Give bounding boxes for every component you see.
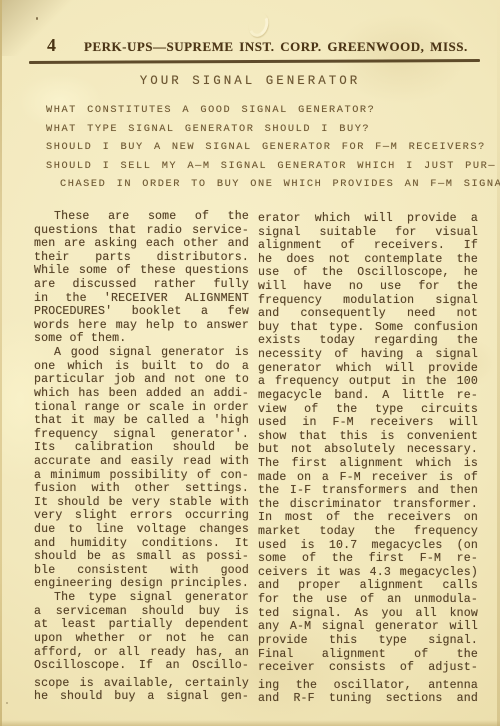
question-line: WHAT TYPE SIGNAL GENERATOR SHOULD I BUY? <box>46 120 478 139</box>
header-rule <box>29 59 480 63</box>
right-column: erator which will provide asignal suitab… <box>258 212 478 706</box>
text-line: and proper alignment calls <box>258 579 478 593</box>
text-line: market today the frequency <box>258 525 478 539</box>
text-line: due to line voltage changes <box>34 523 249 537</box>
text-line: some of the first F-M re- <box>258 552 478 566</box>
questions-list: WHAT CONSTITUTES A GOOD SIGNAL GENERATOR… <box>46 101 478 194</box>
text-line: tional range or scale in order <box>34 401 249 415</box>
text-line: In most of the receivers on <box>258 511 478 525</box>
text-line: use of the Oscilloscope, he <box>258 266 478 280</box>
text-line: frequency signal generator'. <box>34 428 249 442</box>
text-line: should be as small as possi- <box>34 550 249 564</box>
text-line: and consequently need not <box>258 307 478 321</box>
left-column: These are some of thequestions that radi… <box>34 210 249 704</box>
text-line: view of the type circuits <box>258 403 478 417</box>
text-line: a serviceman should buy is <box>34 605 249 619</box>
text-line: provide this type signal. <box>258 634 478 648</box>
text-line: ble consistent with good <box>34 564 249 578</box>
text-line: upon whether or not he can <box>34 632 249 646</box>
text-line: will have no use for the <box>258 280 478 294</box>
text-line: alignment of receivers. If <box>258 239 478 253</box>
paper-crescent-mark <box>246 10 272 40</box>
text-line: necessity of having a signal <box>258 348 478 362</box>
text-line: questions that radio service- <box>34 224 249 238</box>
text-line: a minimum possibility of con- <box>34 469 249 483</box>
text-line: show that this is convenient <box>258 430 478 444</box>
text-line: for the use of an unmodula- <box>258 593 478 607</box>
text-line: ceivers it was 4.3 megacycles) <box>258 566 478 580</box>
text-line: accurate and easily read with <box>34 455 249 469</box>
text-line: men are asking each other and <box>34 237 249 251</box>
text-line: buy that type. Some confusion <box>258 321 478 335</box>
text-line: which has been added an addi- <box>34 387 249 401</box>
scan-corner-shade <box>0 0 78 56</box>
text-line: some of them. <box>34 332 249 346</box>
text-line: but not absolutely necessary. <box>258 443 478 457</box>
text-line: Final alignment of the <box>258 648 478 662</box>
text-line: generator which will provide <box>258 362 478 376</box>
ink-speck <box>6 702 8 704</box>
text-line: fusion with other settings. <box>34 482 249 496</box>
page-title: YOUR SIGNAL GENERATOR <box>0 74 500 88</box>
document-page: 4 PERK-UPS—SUPREME INST. CORP. GREENWOOD… <box>0 0 500 726</box>
text-line: scope is available, certainly <box>34 677 249 691</box>
text-line: Oscilloscope. If an Oscillo- <box>34 659 249 673</box>
text-line: used is 10.7 megacycles (on <box>258 539 478 553</box>
text-line: afford, or all ready has, an <box>34 646 249 660</box>
text-line: While some of these questions <box>34 264 249 278</box>
text-line: It should be very stable with <box>34 496 249 510</box>
question-line: CHASED IN ORDER TO BUY ONE WHICH PROVIDE… <box>46 175 478 194</box>
text-line: he does not contemplate the <box>258 253 478 267</box>
text-line: erator which will provide a <box>258 212 478 226</box>
text-line: Its calibration should be <box>34 441 249 455</box>
text-line: The first alignment which is <box>258 457 478 471</box>
text-line: exists today regarding the <box>258 334 478 348</box>
text-line: the discriminator transformer. <box>258 498 478 512</box>
scan-edge-left <box>0 0 2 726</box>
text-line: The type signal generator <box>34 591 249 605</box>
text-line: the I-F transformers and then <box>258 484 478 498</box>
text-line: their parts distributors. <box>34 251 249 265</box>
text-line: megacycle band. A little re- <box>258 389 478 403</box>
text-line: used in F-M receivers will <box>258 416 478 430</box>
scan-edge-bottom <box>0 720 500 726</box>
question-line: WHAT CONSTITUTES A GOOD SIGNAL GENERATOR… <box>46 101 478 120</box>
text-line: engineering design principles. <box>34 577 249 591</box>
text-line: ing the oscillator, antenna <box>258 679 478 693</box>
text-line: at least partially dependent <box>34 618 249 632</box>
text-line: that it may be called a 'high <box>34 414 249 428</box>
text-line: a frequency output in the 100 <box>258 375 478 389</box>
text-line: very slight errors occurring <box>34 509 249 523</box>
text-line: and humidity conditions. It <box>34 537 249 551</box>
ink-speck <box>36 17 38 20</box>
question-line: SHOULD I SELL MY A—M SIGNAL GENERATOR WH… <box>46 157 478 176</box>
text-line: ted signal. As you all know <box>258 607 478 621</box>
text-line: he should buy a signal gen- <box>34 690 249 704</box>
text-line: in the 'RECEIVER ALIGNMENT <box>34 292 249 306</box>
text-line: any A-M signal generator will <box>258 620 478 634</box>
text-line: are discussed rather fully <box>34 278 249 292</box>
text-line: and R-F tuning sections and <box>258 692 478 706</box>
text-line: frequency modulation signal <box>258 294 478 308</box>
text-line: PROCEDURES' booklet a few <box>34 305 249 319</box>
text-line: words here may help to answer <box>34 319 249 333</box>
text-line: receiver consists of adjust- <box>258 661 478 675</box>
question-line: SHOULD I BUY A NEW SIGNAL GENERATOR FOR … <box>46 138 478 157</box>
text-line: signal suitable for visual <box>258 226 478 240</box>
page-number: 4 <box>47 35 57 56</box>
text-line: particular job and not one to <box>34 373 249 387</box>
text-line: made on a F-M receiver is of <box>258 471 478 485</box>
text-line: A good signal generator is <box>34 346 249 360</box>
text-line: These are some of the <box>34 210 249 224</box>
masthead: PERK-UPS—SUPREME INST. CORP. GREENWOOD, … <box>84 39 468 55</box>
text-line: one which is built to do a <box>34 360 249 374</box>
